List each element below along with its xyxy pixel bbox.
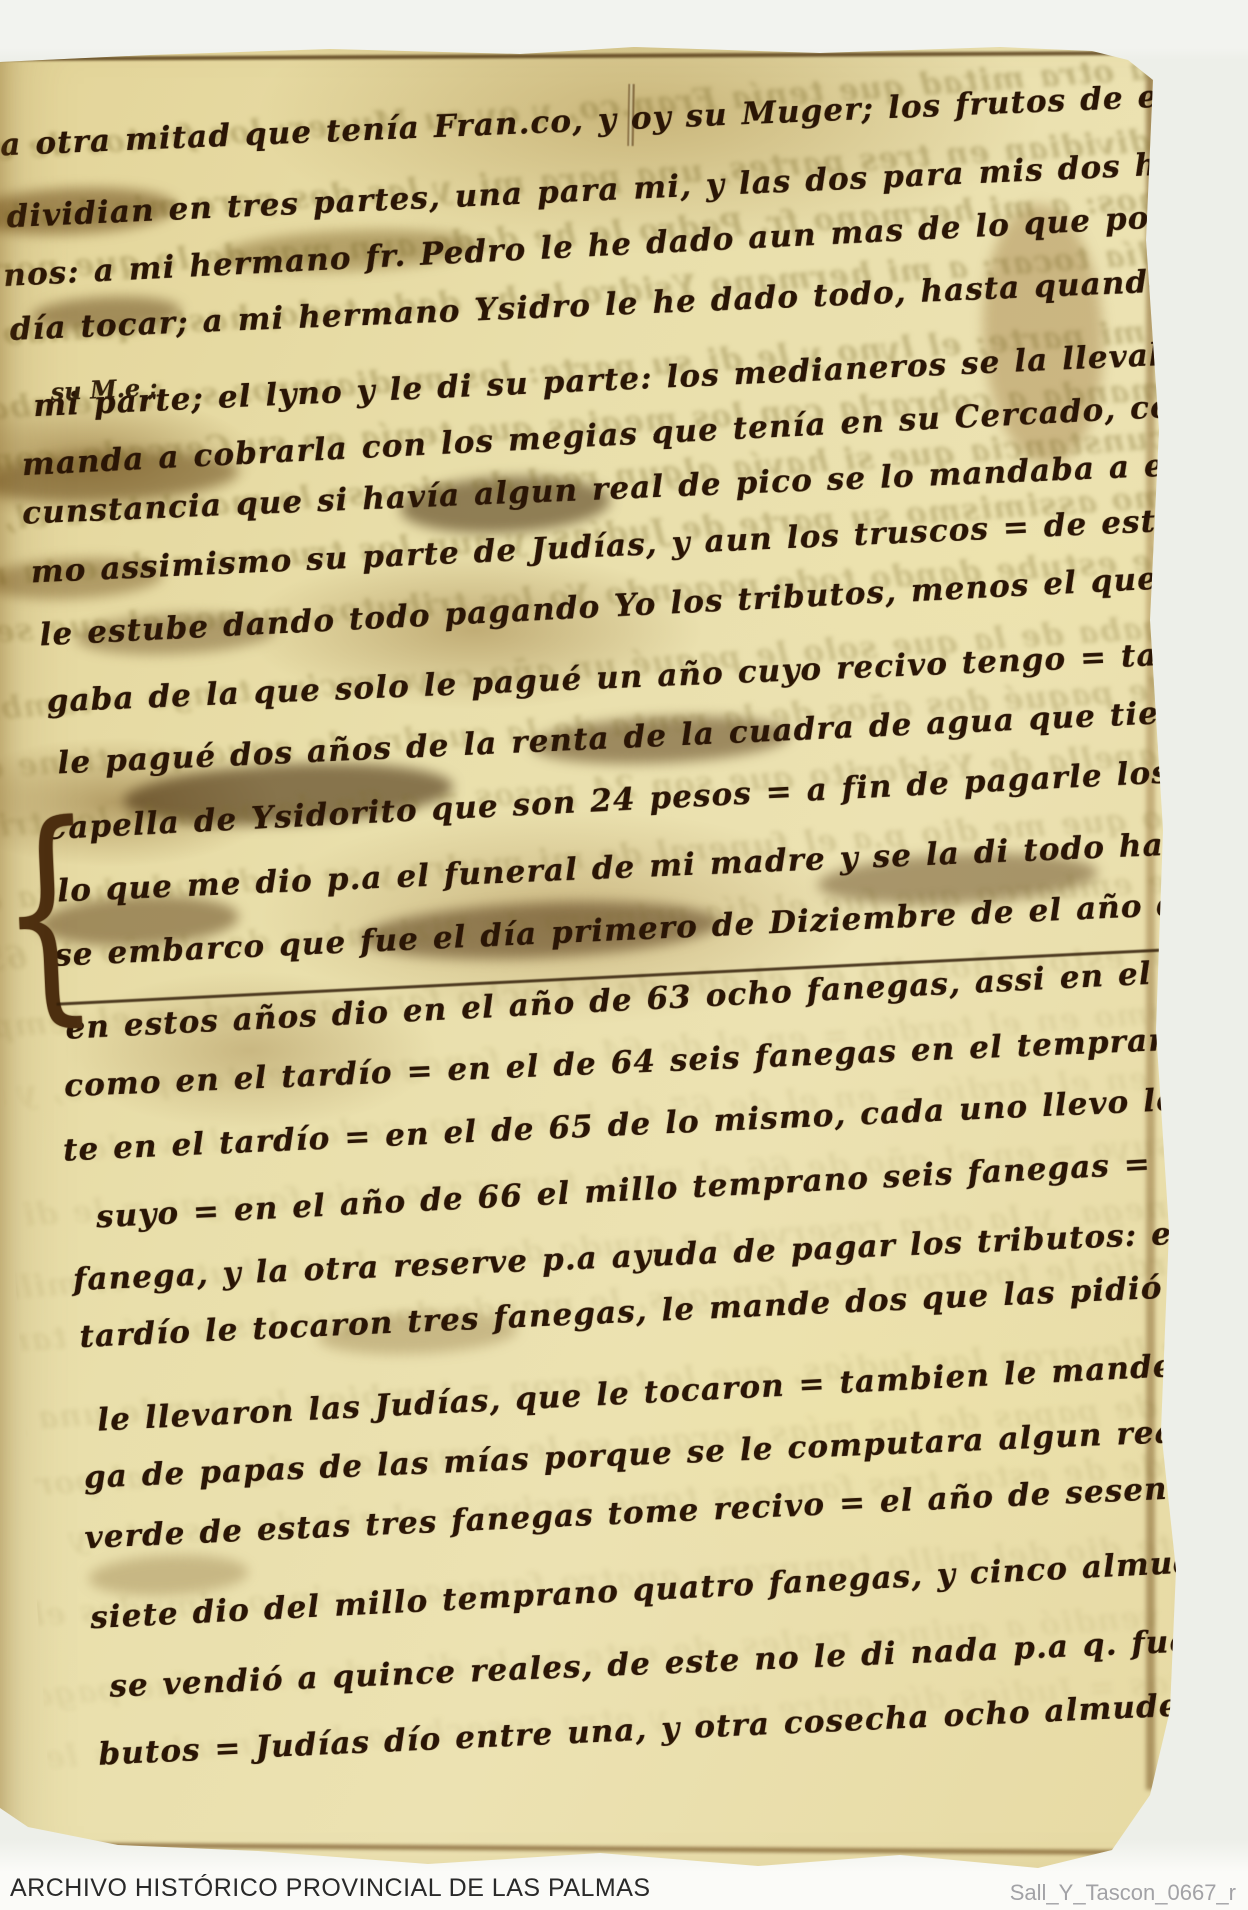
reference-code-label: Sall_Y_Tascon_0667_r (1010, 1880, 1236, 1906)
writing-plane: La otra mitad que tenía Fran.co, y oy su… (0, 0, 1248, 1910)
margin-brace: { (0, 794, 101, 1031)
interlinear-note: su M.e ; (50, 373, 158, 407)
manuscript-page: La otra mitad que tenía Fran.co, y oy su… (0, 0, 1248, 1910)
manuscript-text: La otra mitad que tenía Fran.co, y oy su… (0, 0, 1204, 3)
scan-viewport: La otra mitad que tenía Fran.co, y oy su… (0, 0, 1248, 1910)
footer-strip: ARCHIVO HISTÓRICO PROVINCIAL DE LAS PALM… (0, 1866, 1248, 1910)
archive-name-label: ARCHIVO HISTÓRICO PROVINCIAL DE LAS PALM… (10, 1874, 651, 1903)
